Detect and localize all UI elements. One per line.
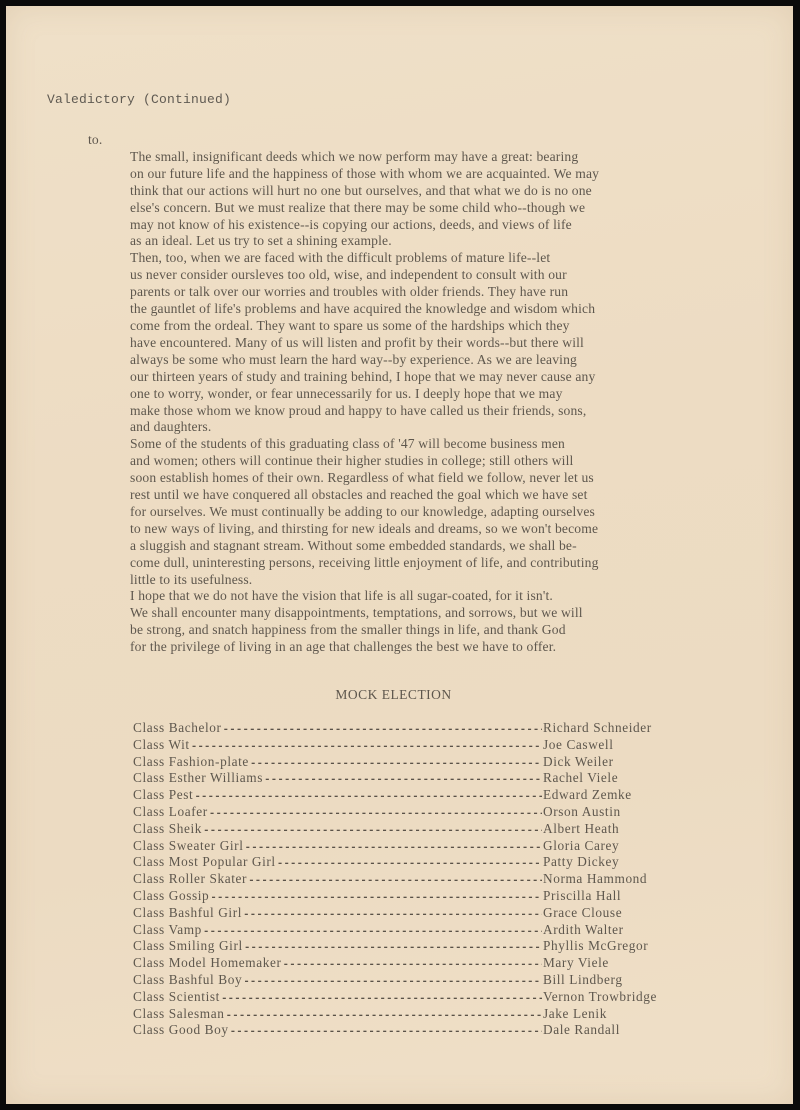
election-row: Class Esther WilliamsRachel Viele — [133, 770, 693, 787]
text-line: for ourselves. We must continually be ad… — [88, 504, 768, 521]
text-line: come from the ordeal. They want to spare… — [88, 318, 768, 335]
award-title: Class Bachelor — [133, 720, 222, 737]
winner-name: Joe Caswell — [543, 737, 693, 754]
text-line: make those whom we know proud and happy … — [88, 403, 768, 420]
award-title: Class Wit — [133, 737, 190, 754]
election-row: Class LoaferOrson Austin — [133, 804, 693, 821]
election-row: Class Most Popular GirlPatty Dickey — [133, 854, 693, 871]
text-line: to. — [88, 132, 768, 149]
text-line: parents or talk over our worries and tro… — [88, 284, 768, 301]
dash-leader — [210, 890, 542, 907]
award-title: Class Salesman — [133, 1006, 225, 1023]
text-line: rest until we have conquered all obstacl… — [88, 487, 768, 504]
election-row: Class Sweater GirlGloria Carey — [133, 838, 693, 855]
election-row: Class Roller SkaterNorma Hammond — [133, 871, 693, 888]
election-row: Class Model HomemakerMary Viele — [133, 955, 693, 972]
dash-leader — [283, 957, 543, 974]
winner-name: Patty Dickey — [543, 854, 693, 871]
dash-leader — [223, 722, 542, 739]
election-row: Class Bashful GirlGrace Clouse — [133, 905, 693, 922]
text-line: The small, insignificant deeds which we … — [130, 149, 578, 164]
text-line: on our future life and the happiness of … — [88, 166, 768, 183]
election-row: Class PestEdward Zemke — [133, 787, 693, 804]
dash-leader — [243, 974, 542, 991]
mock-election-list: Class BachelorRichard Schneider Class Wi… — [133, 720, 693, 1039]
text-line: always be some who must learn the hard w… — [88, 352, 768, 369]
election-row: Class Bashful BoyBill Lindberg — [133, 972, 693, 989]
award-title: Class Fashion-plate — [133, 754, 249, 771]
text-line: soon establish homes of their own. Regar… — [88, 470, 768, 487]
election-row: Class ScientistVernon Trowbridge — [133, 989, 693, 1006]
text-line: our thirteen years of study and training… — [88, 369, 768, 386]
award-title: Class Scientist — [133, 989, 220, 1006]
text-line: may not know of his existence--is copyin… — [88, 217, 768, 234]
award-title: Class Sheik — [133, 821, 202, 838]
mock-election-heading: MOCK ELECTION — [6, 687, 793, 703]
dash-leader — [250, 756, 542, 773]
dash-leader — [264, 772, 542, 789]
dash-leader — [244, 940, 542, 957]
election-row: Class GossipPriscilla Hall — [133, 888, 693, 905]
text-line: and women; others will continue their hi… — [88, 453, 768, 470]
text-line: to new ways of living, and thirsting for… — [88, 521, 768, 538]
winner-name: Grace Clouse — [543, 905, 693, 922]
text-line: us never consider oursleves too old, wis… — [88, 267, 768, 284]
winner-name: Richard Schneider — [543, 720, 693, 737]
winner-name: Gloria Carey — [543, 838, 693, 855]
dash-leader — [194, 789, 542, 806]
text-line: We shall encounter many disappointments,… — [88, 605, 768, 622]
dash-leader — [226, 1008, 543, 1025]
award-title: Class Bashful Boy — [133, 972, 242, 989]
mock-election-heading-text: MOCK ELECTION — [335, 687, 451, 702]
text-line: else's concern. But we must realize that… — [88, 200, 768, 217]
paragraph-4: I hope that we do not have the vision th… — [88, 588, 768, 656]
valedictory-body: to. The small, insignificant deeds which… — [88, 132, 768, 656]
winner-name: Phyllis McGregor — [543, 938, 693, 955]
election-row: Class WitJoe Caswell — [133, 737, 693, 754]
award-title: Class Pest — [133, 787, 193, 804]
winner-name: Norma Hammond — [543, 871, 693, 888]
text-line: Then, too, when we are faced with the di… — [130, 250, 550, 265]
text-line: be strong, and snatch happiness from the… — [88, 622, 768, 639]
text-line: for the privilege of living in an age th… — [88, 639, 768, 656]
dash-leader — [203, 924, 542, 941]
winner-name: Dick Weiler — [543, 754, 693, 771]
text-line: one to worry, wonder, or fear unnecessar… — [88, 386, 768, 403]
award-title: Class Gossip — [133, 888, 209, 905]
text-line: and daughters. — [88, 419, 768, 436]
paragraph-3: Some of the students of this graduating … — [88, 436, 768, 588]
award-title: Class Model Homemaker — [133, 955, 282, 972]
election-row: Class BachelorRichard Schneider — [133, 720, 693, 737]
election-row: Class Smiling GirlPhyllis McGregor — [133, 938, 693, 955]
election-row: Class VampArdith Walter — [133, 922, 693, 939]
dash-leader — [230, 1024, 542, 1041]
award-title: Class Vamp — [133, 922, 202, 939]
winner-name: Edward Zemke — [543, 787, 693, 804]
text-line: I hope that we do not have the vision th… — [130, 588, 553, 603]
award-title: Class Loafer — [133, 804, 208, 821]
award-title: Class Sweater Girl — [133, 838, 244, 855]
text-line: the gauntlet of life's problems and have… — [88, 301, 768, 318]
text-line: come dull, uninteresting persons, receiv… — [88, 555, 768, 572]
paragraph-0: to. — [88, 132, 768, 149]
dash-leader — [245, 840, 542, 857]
text-line: think that our actions will hurt no one … — [88, 183, 768, 200]
dash-leader — [243, 907, 542, 924]
text-line: as an ideal. Let us try to set a shining… — [88, 233, 768, 250]
text-line: a sluggish and stagnant stream. Without … — [88, 538, 768, 555]
election-row: Class Good BoyDale Randall — [133, 1022, 693, 1039]
winner-name: Rachel Viele — [543, 770, 693, 787]
scanned-page: Valedictory (Continued) to. The small, i… — [6, 6, 793, 1104]
winner-name: Jake Lenik — [543, 1006, 693, 1023]
award-title: Class Most Popular Girl — [133, 854, 276, 871]
election-row: Class SheikAlbert Heath — [133, 821, 693, 838]
dash-leader — [209, 806, 542, 823]
text-line: have encountered. Many of us will listen… — [88, 335, 768, 352]
dash-leader — [221, 991, 542, 1008]
winner-name: Ardith Walter — [543, 922, 693, 939]
winner-name: Mary Viele — [543, 955, 693, 972]
election-row: Class Fashion-plateDick Weiler — [133, 754, 693, 771]
award-title: Class Smiling Girl — [133, 938, 243, 955]
dash-leader — [277, 856, 542, 873]
award-title: Class Roller Skater — [133, 871, 247, 888]
winner-name: Albert Heath — [543, 821, 693, 838]
running-head: Valedictory (Continued) — [47, 92, 231, 107]
paragraph-1: The small, insignificant deeds which we … — [88, 149, 768, 250]
award-title: Class Bashful Girl — [133, 905, 242, 922]
award-title: Class Esther Williams — [133, 770, 263, 787]
paragraph-2: Then, too, when we are faced with the di… — [88, 250, 768, 436]
winner-name: Priscilla Hall — [543, 888, 693, 905]
election-row: Class SalesmanJake Lenik — [133, 1006, 693, 1023]
winner-name: Bill Lindberg — [543, 972, 693, 989]
winner-name: Vernon Trowbridge — [543, 989, 693, 1006]
award-title: Class Good Boy — [133, 1022, 229, 1039]
dash-leader — [248, 873, 542, 890]
text-line: little to its usefulness. — [88, 572, 768, 589]
dash-leader — [203, 823, 542, 840]
winner-name: Dale Randall — [543, 1022, 693, 1039]
text-line: Some of the students of this graduating … — [130, 436, 565, 451]
winner-name: Orson Austin — [543, 804, 693, 821]
